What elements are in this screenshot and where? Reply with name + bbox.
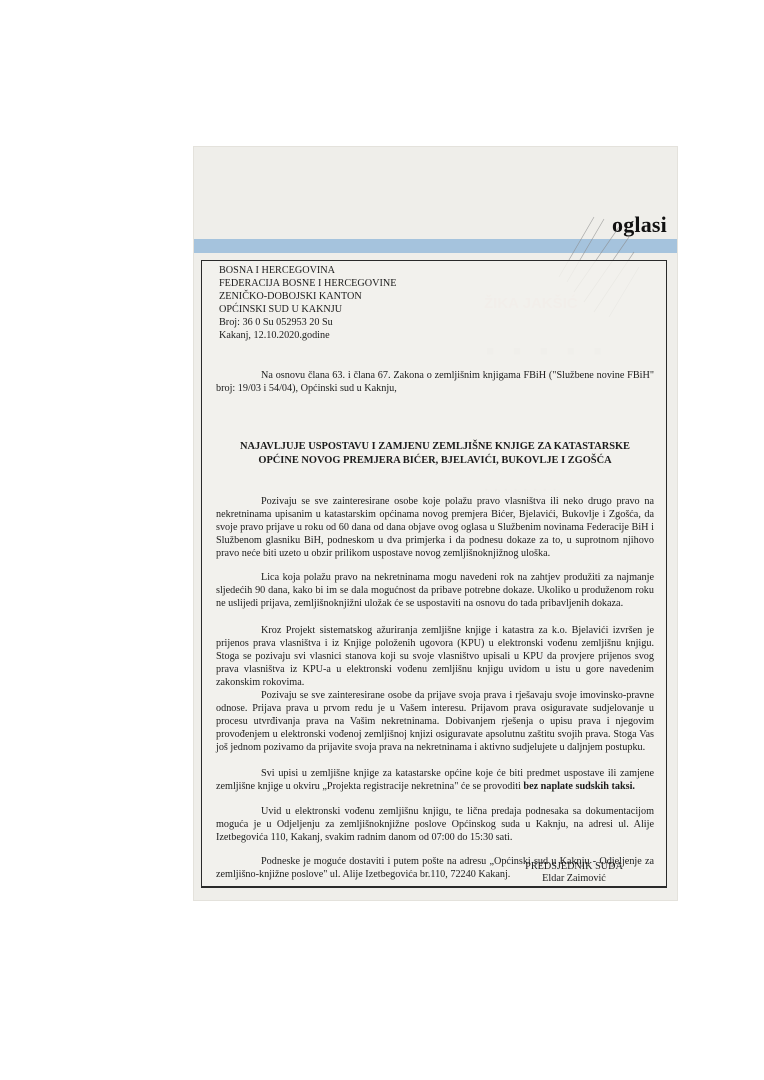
fees-bold: bez naplate sudskih taksi. [523,781,635,792]
paragraph-fees: Svi upisi u zemljišne knjige za katastar… [216,767,654,793]
signature-name: Eldar Zaimović [514,873,634,885]
case-number: Broj: 36 0 Su 052953 20 Su [219,316,396,329]
issuer-line: ZENIČKO-DOBOJSKI KANTON [219,290,396,303]
signature-block: PREDSJEDNIK SUDA Eldar Zaimović [514,861,634,885]
issuer-line: BOSNA I HERCEGOVINA [219,264,396,277]
paragraph: Uvid u elektronski vođenu zemljišnu knji… [216,805,654,844]
paragraph: Kroz Projekt sistematskog ažuriranja zem… [216,624,654,689]
issuer-line: OPĆINSKI SUD U KAKNJU [219,303,396,316]
court-notice: BOSNA I HERCEGOVINA FEDERACIJA BOSNE I H… [201,260,667,888]
section-tag: oglasi [612,212,667,238]
signature-title: PREDSJEDNIK SUDA [514,861,634,873]
notice-title: NAJAVLJUJE USPOSTAVU I ZAMJENU ZEMLJIŠNE… [216,440,654,468]
paragraph: Pozivaju se sve zainteresirane osobe koj… [216,495,654,560]
newspaper-clipping: oglasi ŽIKA JAKŠIĆ · · · · · · · · · · ·… [194,147,677,900]
title-line: OPĆINE NOVOG PREMJERA BIĆER, BJELAVIĆI, … [216,454,654,468]
preamble: Na osnovu člana 63. i člana 67. Zakona o… [216,369,654,395]
issue-date: Kakanj, 12.10.2020.godine [219,329,396,342]
paragraph: Lica koja polažu pravo na nekretninama m… [216,571,654,610]
section-color-band [194,239,677,253]
issuer-block: BOSNA I HERCEGOVINA FEDERACIJA BOSNE I H… [219,264,396,342]
issuer-line: FEDERACIJA BOSNE I HERCEGOVINE [219,277,396,290]
title-line: NAJAVLJUJE USPOSTAVU I ZAMJENU ZEMLJIŠNE… [216,440,654,454]
paragraph: Pozivaju se sve zainteresirane osobe da … [216,689,654,754]
